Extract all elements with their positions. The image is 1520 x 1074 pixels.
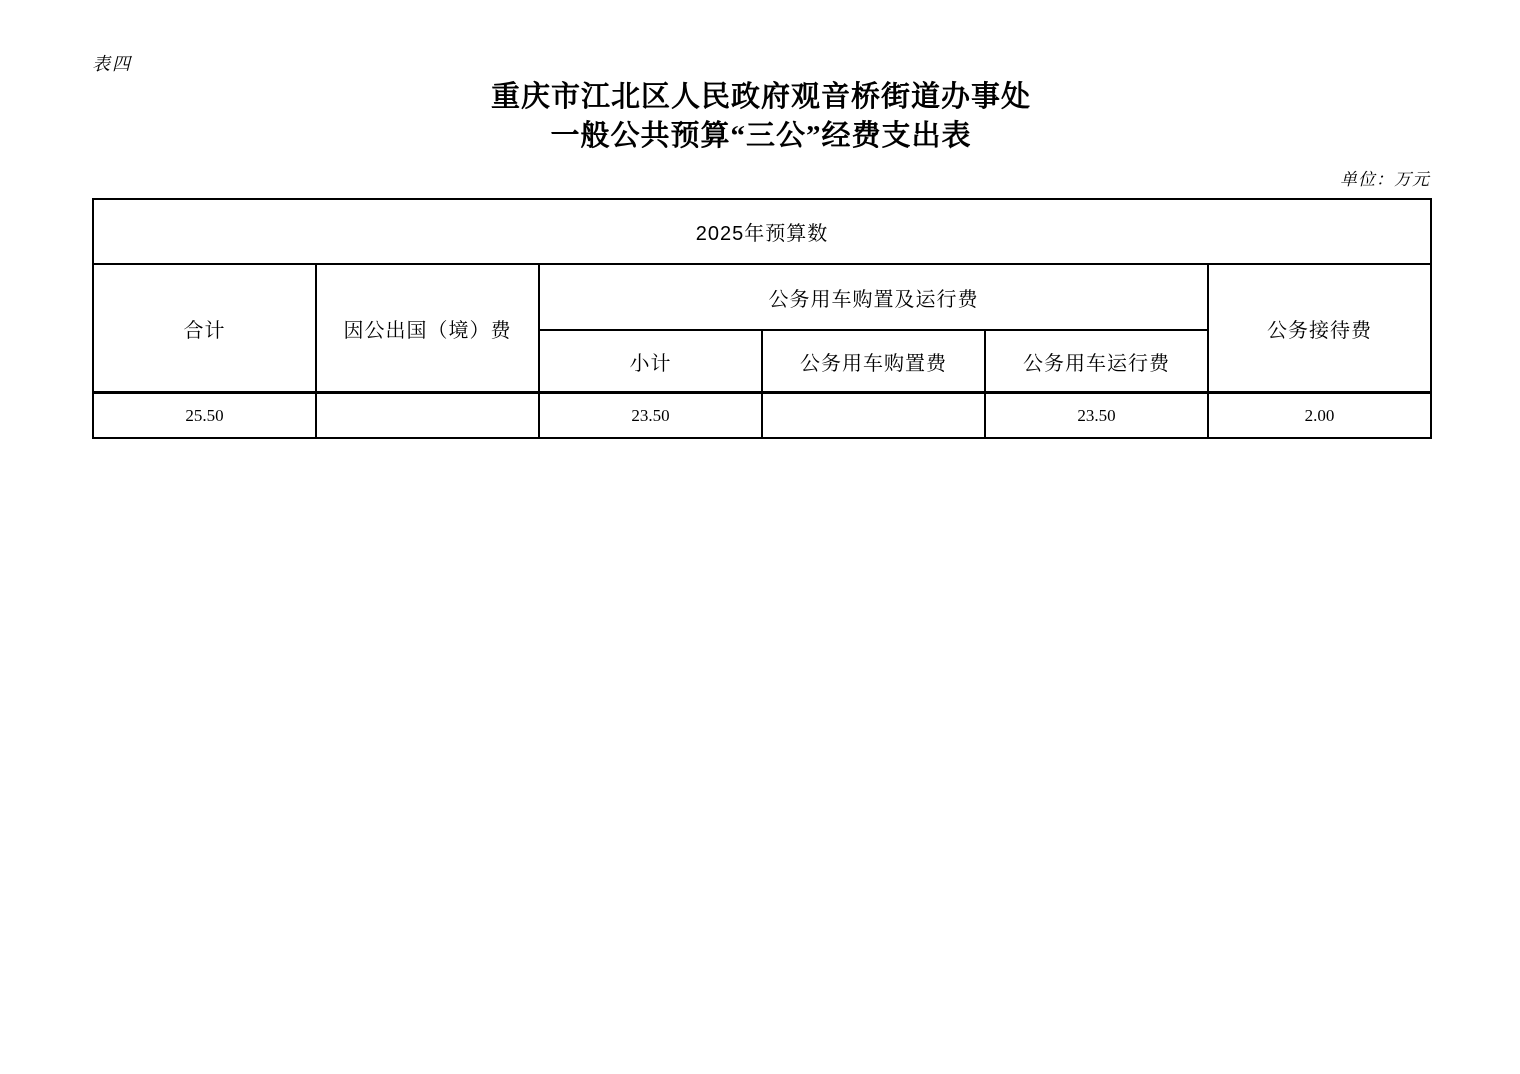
data-row: 25.50 23.50 23.50 2.00 [93, 393, 1431, 439]
value-vehicle-purchase-cell [762, 393, 985, 439]
value-vehicle-operation-cell: 23.50 [985, 393, 1208, 439]
document-title: 重庆市江北区人民政府观音桥街道办事处 一般公共预算“三公”经费支出表 [92, 78, 1430, 156]
header-vehicle-subtotal-cell: 小计 [539, 330, 762, 393]
document-page: 表四 重庆市江北区人民政府观音桥街道办事处 一般公共预算“三公”经费支出表 单位… [0, 0, 1520, 1074]
unit-note: 单位：万元 [1340, 165, 1430, 190]
value-reception-cell: 2.00 [1208, 393, 1431, 439]
header-reception-cell: 公务接待费 [1208, 264, 1431, 393]
year-header-cell: 2025年预算数 [93, 199, 1431, 264]
value-abroad-cell [316, 393, 539, 439]
header-abroad-cell: 因公出国（境）费 [316, 264, 539, 393]
budget-table: 2025年预算数 合计 因公出国（境）费 公务用车购置及运行费 公务接待费 小计… [92, 198, 1432, 439]
header-total-cell: 合计 [93, 264, 316, 393]
group-header-row: 合计 因公出国（境）费 公务用车购置及运行费 公务接待费 [93, 264, 1431, 330]
year-header-row: 2025年预算数 [93, 199, 1431, 264]
table-number-label: 表四 [92, 50, 132, 76]
value-vehicle-subtotal-cell: 23.50 [539, 393, 762, 439]
title-line-1: 重庆市江北区人民政府观音桥街道办事处 [92, 78, 1430, 117]
header-vehicle-purchase-cell: 公务用车购置费 [762, 330, 985, 393]
header-vehicle-group-cell: 公务用车购置及运行费 [539, 264, 1208, 330]
header-vehicle-operation-cell: 公务用车运行费 [985, 330, 1208, 393]
value-total-cell: 25.50 [93, 393, 316, 439]
title-line-2: 一般公共预算“三公”经费支出表 [92, 117, 1430, 156]
